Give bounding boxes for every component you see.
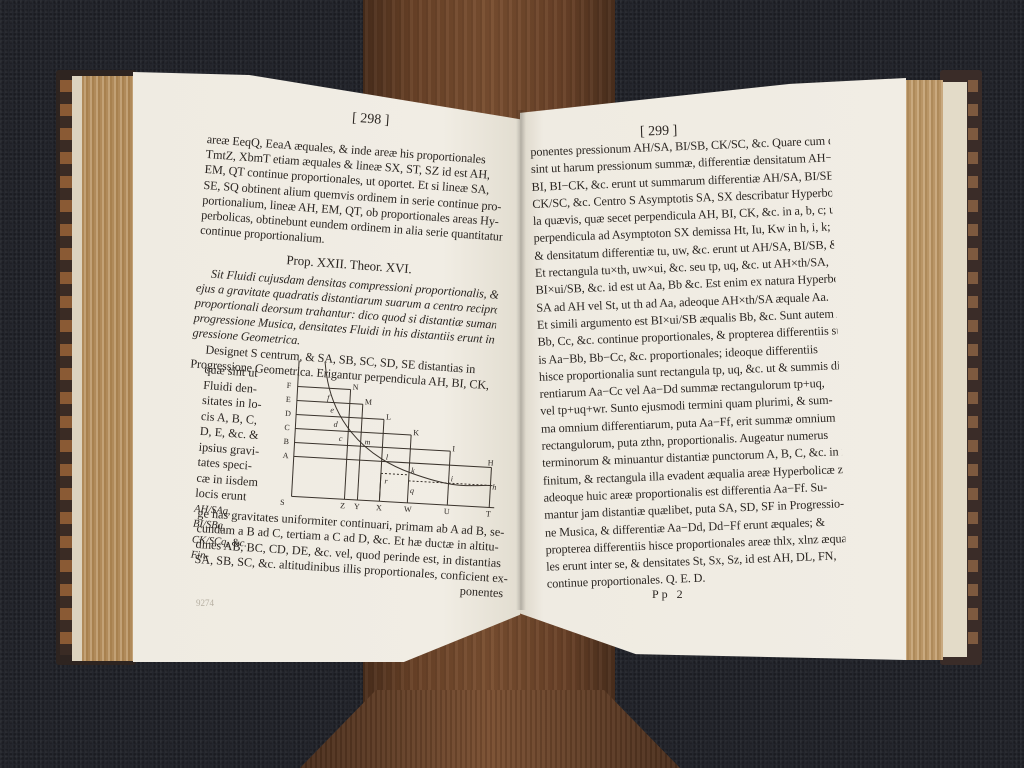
svg-text:Y: Y bbox=[354, 502, 360, 511]
svg-text:M: M bbox=[365, 397, 373, 406]
svg-text:W: W bbox=[404, 505, 412, 514]
svg-text:E: E bbox=[286, 395, 291, 404]
svg-text:C: C bbox=[284, 423, 290, 432]
svg-text:Z: Z bbox=[340, 501, 345, 510]
svg-text:I: I bbox=[452, 444, 455, 453]
svg-text:l: l bbox=[386, 453, 389, 462]
svg-text:N: N bbox=[352, 383, 358, 392]
svg-text:K: K bbox=[413, 428, 419, 437]
svg-text:X: X bbox=[376, 503, 382, 512]
svg-text:D: D bbox=[285, 409, 291, 418]
label-F: F bbox=[286, 381, 291, 390]
right-page-text: ponentes pressionum AH/SA, BI/SB, CK/SC,… bbox=[530, 132, 847, 593]
svg-text:U: U bbox=[444, 507, 450, 516]
svg-text:c: c bbox=[339, 434, 343, 443]
svg-text:B: B bbox=[283, 437, 289, 446]
svg-text:A: A bbox=[283, 451, 289, 460]
signature-mark: Pp 2 bbox=[652, 587, 686, 602]
ghost-mark: 9274 bbox=[196, 598, 214, 608]
svg-text:d: d bbox=[333, 420, 338, 429]
svg-text:e: e bbox=[330, 405, 334, 414]
svg-text:m: m bbox=[364, 437, 370, 446]
svg-text:H: H bbox=[487, 458, 493, 467]
hyperbola-figure: F E D C B A S Z Y X W U T N M L K I H f … bbox=[279, 356, 509, 518]
book-gutter bbox=[516, 110, 526, 610]
svg-text:T: T bbox=[486, 509, 491, 518]
cover-decoration bbox=[968, 80, 978, 655]
page-block-edge-right bbox=[903, 80, 943, 660]
endpaper-right bbox=[943, 82, 967, 657]
page-number-left: [ 298 ] bbox=[351, 111, 389, 130]
svg-text:h: h bbox=[492, 483, 496, 492]
svg-text:q: q bbox=[410, 486, 414, 495]
svg-text:S: S bbox=[280, 498, 285, 507]
left-page-text: areæ EeqQ, EeaA æquales, & inde areæ his… bbox=[190, 124, 509, 393]
svg-text:L: L bbox=[386, 413, 391, 422]
svg-text:i: i bbox=[451, 474, 454, 483]
svg-text:r: r bbox=[384, 477, 388, 486]
